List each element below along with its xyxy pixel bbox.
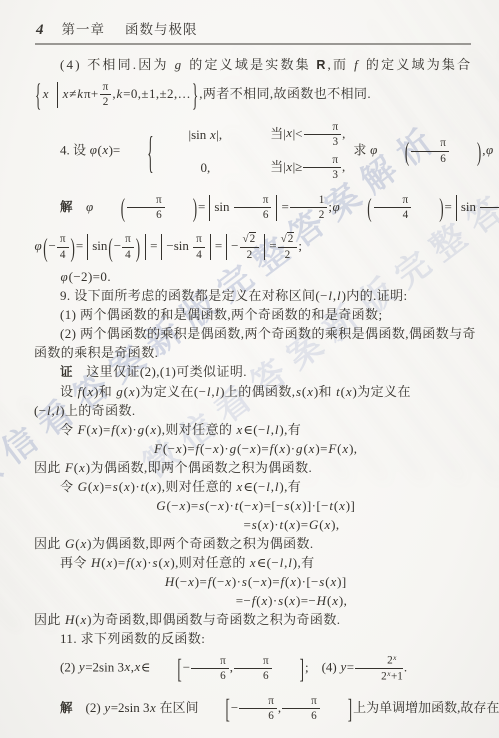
big-delimiter: ( — [494, 138, 499, 164]
fraction: π4 — [122, 233, 134, 261]
numerator: π — [100, 81, 112, 95]
math-variable: H — [64, 612, 75, 627]
bold-label: 证 — [60, 365, 73, 379]
denominator: 6 — [127, 208, 165, 221]
piecewise-cell: 0, — [157, 151, 239, 185]
text-line: 证 这里仅证(2),(1)可类似证明. — [34, 362, 477, 382]
abs-value-bar — [264, 234, 265, 260]
page-number: 4 — [36, 22, 44, 38]
math-variable: x — [260, 574, 267, 589]
math-variable: G — [77, 479, 88, 494]
math-variable: y — [340, 659, 347, 674]
math-variable: x — [121, 422, 128, 437]
math-variable: f — [195, 441, 200, 456]
abs-value-bar — [87, 234, 88, 260]
math-variable: x — [387, 669, 391, 678]
numerator: π — [303, 154, 341, 168]
text-line: (−l,l)上的奇函数. — [34, 401, 477, 420]
big-delimiter: ( — [107, 234, 113, 260]
math-variable: x — [289, 593, 296, 608]
math-variable: f — [207, 574, 212, 589]
math-variable: l — [274, 479, 279, 494]
denominator: 2 — [100, 95, 112, 108]
math-variable: l — [274, 422, 279, 437]
math-variable: x — [175, 441, 182, 456]
numerator: π — [374, 194, 412, 208]
math-variable: l — [46, 403, 51, 418]
big-delimiter: [ — [199, 695, 231, 722]
math-variable: g — [116, 384, 124, 399]
numerator: π — [193, 233, 205, 247]
math-variable: x — [179, 498, 186, 513]
math-variable: t — [336, 384, 341, 399]
math-variable: l — [206, 384, 211, 399]
big-delimiter: ] — [321, 695, 353, 722]
math-variable: x — [236, 422, 243, 437]
numerator: π — [239, 695, 277, 709]
piecewise-cell: 当|x|≥π3, — [238, 151, 351, 185]
math-variable: x — [62, 86, 69, 101]
math-variable: g — [174, 57, 184, 72]
math-variable: x — [249, 555, 256, 570]
square-root: √2 — [281, 232, 295, 245]
denominator: 4 — [193, 248, 205, 261]
numerator: π — [480, 194, 499, 208]
fraction: π4 — [374, 194, 412, 222]
text-line: φ(−π4)=sin(−π4)=−sin π4=−√22=√22; — [34, 227, 477, 267]
text-line: (2) y=2sin 3x,x∈[−π6,π6]; (4) y=2x2x+1. — [34, 648, 477, 689]
text-line: 因此 F(x)为偶函数,即两个偶函数之积为偶函数. — [34, 458, 477, 477]
fraction: π4 — [57, 233, 69, 261]
big-delimiter: ) — [412, 195, 444, 221]
math-variable: x — [93, 479, 100, 494]
math-variable: x — [149, 700, 156, 715]
denominator: 2x+1 — [355, 669, 403, 683]
numerator: π — [234, 655, 272, 669]
text-line: 9. 设下面所考虑的函数都是定义在对称区间(−l,l)内的.证明: — [34, 286, 477, 305]
math-variable: x — [324, 517, 331, 532]
math-variable: s — [199, 498, 205, 513]
math-variable: x — [345, 384, 352, 399]
math-variable: G — [156, 498, 167, 513]
big-delimiter: { — [34, 79, 42, 110]
math-variable: x — [150, 422, 157, 437]
math-variable: x — [330, 574, 337, 589]
page-header: 4 第一章 函数与极限 — [36, 18, 471, 39]
math-variable: φ — [332, 199, 340, 214]
math-variable: x — [124, 659, 131, 674]
numerator: √2 — [240, 233, 260, 247]
math-variable: x — [339, 498, 346, 513]
fraction: π3 — [303, 154, 341, 182]
text-line: 因此 H(x)为奇函数,即偶函数与奇函数之积为奇函数. — [34, 610, 477, 629]
fraction: π6 — [282, 695, 320, 723]
math-variable: H — [90, 555, 101, 570]
math-variable: s — [251, 517, 257, 532]
math-variable: x — [393, 653, 397, 662]
math-variable: l — [288, 555, 293, 570]
numerator: π — [57, 233, 69, 247]
abs-value-bar — [57, 82, 58, 108]
text-line: 11. 求下列函数的反函数: — [34, 629, 477, 648]
math-variable: x — [87, 384, 94, 399]
text-line: H(−x)=f(−x)·s(−x)=f(x)·[−s(x)] — [34, 572, 477, 591]
denominator: 3 — [303, 168, 341, 181]
math-variable: x — [212, 441, 219, 456]
math-variable: x — [218, 498, 225, 513]
math-variable: s — [152, 555, 158, 570]
numerator: √2 — [278, 233, 298, 247]
math-variable: f — [280, 574, 285, 589]
numerator: π — [282, 695, 320, 709]
math-variable: l — [328, 288, 333, 303]
math-variable: x — [250, 441, 257, 456]
math-variable: H — [316, 593, 327, 608]
abs-value-bar — [210, 234, 211, 260]
fraction: π6 — [234, 655, 272, 683]
numerator: 2x — [355, 654, 403, 669]
abs-value-bar — [456, 195, 457, 221]
denominator: 6 — [234, 208, 272, 221]
piecewise-cases: |sin x|,当|x|<π3,0,当|x|≥π3, — [157, 118, 352, 185]
math-variable: l — [215, 384, 220, 399]
denominator: 3 — [304, 135, 342, 148]
denominator: 6 — [282, 709, 320, 722]
big-delimiter: ( — [378, 138, 410, 164]
math-variable: f — [111, 422, 116, 437]
denominator: 4 — [122, 248, 134, 261]
header-rule — [35, 43, 471, 45]
fraction: π4 — [193, 233, 205, 261]
abs-value-bar — [145, 234, 146, 260]
math-variable: G — [64, 536, 75, 551]
math-variable: x — [236, 479, 243, 494]
math-variable: f — [126, 555, 131, 570]
math-variable: x — [150, 479, 157, 494]
math-variable: x — [342, 441, 349, 456]
math-variable: φ — [485, 142, 493, 157]
math-variable: F — [64, 460, 73, 475]
math-variable: l — [337, 288, 342, 303]
denominator: 6 — [411, 152, 449, 165]
math-variable: G — [308, 517, 319, 532]
math-variable: x — [307, 384, 314, 399]
math-variable: x — [286, 125, 293, 140]
numerator: π — [411, 137, 449, 151]
fraction: π4 — [480, 194, 499, 222]
big-delimiter: ) — [166, 195, 198, 221]
math-variable: x — [262, 517, 269, 532]
math-variable: f — [269, 441, 274, 456]
big-delimiter: ( — [42, 234, 48, 260]
big-delimiter: ) — [70, 234, 76, 260]
abs-value-bar — [209, 195, 210, 221]
denominator: 4 — [374, 208, 412, 221]
math-variable: x — [279, 441, 286, 456]
fraction: 2x2x+1 — [355, 654, 403, 683]
fraction: √22 — [240, 233, 260, 261]
superscript: x — [393, 653, 397, 662]
math-variable: x — [252, 498, 259, 513]
numerator: π — [234, 194, 272, 208]
math-variable: x — [286, 159, 293, 174]
math-variable: x — [225, 574, 232, 589]
text-line: 解 (2) y=2sin 3x 在区间[−π6,π6]上为单调增加函数,故存在反… — [34, 689, 477, 729]
math-variable: s — [295, 384, 301, 399]
math-variable: k — [77, 86, 84, 101]
math-variable: φ — [89, 142, 97, 157]
radical-sign: √ — [243, 233, 249, 245]
math-variable: l — [266, 422, 271, 437]
math-variable: x — [102, 142, 109, 157]
text-line: 设 f(x)和 g(x)为定义在(−l,l)上的偶函数,s(x)和 t(x)为定… — [34, 382, 477, 401]
piecewise-row: |sin x|,当|x|<π3, — [157, 118, 352, 152]
big-delimiter: ) — [135, 234, 141, 260]
math-variable: s — [319, 574, 325, 589]
math-variable: y — [78, 659, 85, 674]
denominator: 2 — [278, 248, 298, 261]
numerator: π — [127, 194, 165, 208]
math-variable: x — [79, 460, 86, 475]
math-variable: x — [188, 574, 195, 589]
text-line: F(−x)=f(−x)·g(−x)=f(x)·g(x)=F(x), — [34, 439, 477, 458]
text-line: =−f(x)·s(x)=−H(x), — [34, 591, 477, 610]
math-variable: H — [164, 574, 175, 589]
denominator: 2 — [290, 208, 328, 221]
fraction: π6 — [127, 194, 165, 222]
fraction: π6 — [411, 137, 449, 165]
text-line: 再令 H(x)=f(x)·s(x),则对任意的 x∈(−l,l),有 — [34, 553, 477, 572]
numerator: 1 — [290, 194, 328, 208]
denominator: 4 — [57, 248, 69, 261]
math-variable: x — [80, 612, 87, 627]
math-variable: x — [135, 555, 142, 570]
math-variable: x — [295, 498, 302, 513]
text-line: (4) 不相同.因为 g 的定义域是实数集 R,而 f 的定义域为集合 — [34, 55, 477, 75]
text-line: 令 F(x)=f(x)·g(x),则对任意的 x∈(−l,l),有 — [34, 420, 477, 439]
fraction: π3 — [304, 121, 342, 149]
math-variable: x — [123, 479, 130, 494]
math-variable: x — [308, 441, 315, 456]
math-variable: k — [116, 86, 123, 101]
fraction: π6 — [239, 695, 277, 723]
math-variable: g — [137, 422, 145, 437]
denominator: 4 — [480, 208, 499, 221]
math-variable: x — [106, 555, 113, 570]
superscript: x — [387, 669, 391, 678]
big-delimiter: ( — [340, 195, 372, 221]
math-variable: l — [279, 555, 284, 570]
denominator: 6 — [191, 669, 229, 682]
big-delimiter: } — [191, 79, 199, 110]
math-variable: φ — [86, 199, 94, 214]
radical-sign: √ — [281, 233, 287, 245]
math-variable: t — [234, 498, 239, 513]
math-variable: f — [77, 384, 82, 399]
math-variable: φ — [370, 142, 378, 157]
math-variable: F — [328, 441, 337, 456]
denominator: 6 — [239, 709, 277, 722]
math-variable: l — [55, 403, 60, 418]
piecewise-cell: 当|x|<π3, — [238, 118, 351, 152]
math-variable: x — [210, 127, 217, 142]
math-variable: x — [289, 517, 296, 532]
radicand: 2 — [249, 232, 257, 245]
big-delimiter: [ — [150, 655, 182, 682]
abs-value-bar — [161, 234, 162, 260]
math-variable: φ — [34, 238, 42, 253]
text-line: (2) 两个偶函数的乘积是偶函数,两个奇函数的乘积是偶函数,偶函数与奇 — [34, 324, 477, 343]
big-delimiter: { — [120, 129, 154, 173]
text-line: 解 φ(π6)=sin π6=12;φ(π4)=sin π4=√22; — [34, 188, 477, 228]
math-variable: s — [241, 574, 247, 589]
math-variable: y — [104, 700, 111, 715]
math-variable: f — [354, 57, 361, 72]
math-variable: x — [42, 86, 49, 101]
piecewise-row: 0,当|x|≥π3, — [157, 151, 352, 185]
radicand: 2 — [287, 232, 295, 245]
numerator: π — [304, 121, 342, 135]
math-variable: x — [163, 555, 170, 570]
piecewise-cell: |sin x|, — [157, 118, 239, 152]
bold-label: R — [316, 58, 327, 72]
math-variable: x — [290, 574, 297, 589]
fraction: π2 — [100, 81, 112, 109]
text-line: 函数的乘积是奇函数. — [34, 343, 477, 362]
text-line: G(−x)=s(−x)·t(−x)=[−s(x)]·[−t(x)] — [34, 496, 477, 515]
math-variable: x — [332, 593, 339, 608]
text-line: 4. 设 φ(x)={|sin x|,当|x|<π3,0,当|x|≥π3,求 φ… — [34, 115, 477, 188]
text-line: =s(x)·t(x)=G(x), — [34, 515, 477, 534]
big-delimiter: ] — [273, 655, 305, 682]
math-variable: f — [251, 593, 256, 608]
math-variable: F — [77, 422, 86, 437]
math-variable: x — [80, 536, 87, 551]
math-variable: φ — [60, 269, 69, 284]
math-variable: g — [229, 441, 237, 456]
denominator: 2 — [240, 248, 260, 261]
scanned-textbook-page: 微信看答案新版完整答案解析 微信看答案新版完整答案解析 4 第一章 函数与极限 … — [0, 0, 499, 738]
abs-value-bar — [276, 195, 277, 221]
math-variable: t — [329, 498, 334, 513]
text-line: 因此 G(x)为偶函数,即两个奇函数之积为偶函数. — [34, 534, 477, 553]
big-delimiter: ) — [450, 138, 482, 164]
text-line: {x x≠kπ+π2,k=0,±1,±2,…},两者不相同,故函数也不相同. — [34, 75, 477, 115]
math-variable: t — [279, 517, 284, 532]
fraction: π6 — [191, 655, 229, 683]
math-variable: F — [154, 441, 163, 456]
chapter-label: 第一章 — [62, 22, 106, 37]
numerator: π — [122, 233, 134, 247]
math-variable: x — [134, 659, 141, 674]
math-variable: x — [261, 593, 268, 608]
fraction: π6 — [234, 194, 272, 222]
denominator: 6 — [234, 669, 272, 682]
fraction: 12 — [290, 194, 328, 222]
text-line: 令 G(x)=s(x)·t(x),则对任意的 x∈(−l,l),有 — [34, 477, 477, 496]
fraction: √22 — [278, 233, 298, 261]
chapter-title: 函数与极限 — [125, 22, 198, 37]
math-variable: x — [91, 422, 98, 437]
math-variable: l — [266, 479, 271, 494]
math-variable: g — [296, 441, 304, 456]
text-line: (1) 两个偶函数的和是偶函数,两个奇函数的和是奇函数; — [34, 305, 477, 324]
bold-label: 解 — [60, 701, 72, 715]
math-variable: t — [140, 479, 145, 494]
math-variable: s — [284, 498, 290, 513]
math-variable: x — [128, 384, 135, 399]
square-root: √2 — [243, 232, 257, 245]
big-delimiter: ( — [94, 195, 126, 221]
math-variable: s — [278, 593, 284, 608]
text-line: φ(−2)=0. — [34, 267, 477, 286]
math-variable: s — [112, 479, 118, 494]
document-body: (4) 不相同.因为 g 的定义域是实数集 R,而 f 的定义域为集合{x x≠… — [34, 55, 477, 729]
bold-label: 解 — [60, 200, 72, 214]
numerator: π — [191, 655, 229, 669]
abs-value-bar — [226, 234, 227, 260]
